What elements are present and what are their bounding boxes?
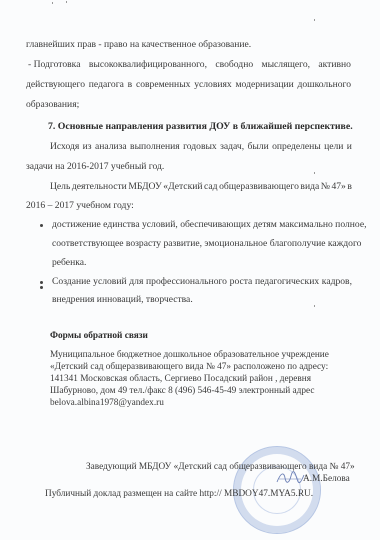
- word: педагога: [89, 79, 124, 91]
- word: Цель: [50, 181, 70, 193]
- intro-para2-line1: - Подготовка высококвалифицированного, с…: [28, 59, 351, 71]
- word: цели: [324, 141, 343, 153]
- intro-line: главнейших прав - право на качественное …: [26, 39, 251, 51]
- word: общеразвивающего: [219, 181, 299, 193]
- intro-para2-line2: действующего педагога в современных усло…: [26, 79, 351, 91]
- bullet-2-line-1: Создание условий для профессионального р…: [52, 276, 352, 288]
- section-para1-line1: Исходя из анализа выполнения годовых зад…: [50, 141, 352, 153]
- word: вида: [300, 181, 319, 193]
- feedback-line: 141341 Московская область, Сергиево Поса…: [50, 373, 311, 385]
- word: действующего: [26, 79, 85, 91]
- word: анализа: [95, 141, 127, 153]
- word: в: [347, 181, 352, 193]
- bullet-1-line-2: соответствующее возрасту развитие, эмоци…: [52, 238, 352, 250]
- word: сад: [204, 181, 218, 193]
- word: высококвалифицированного,: [89, 59, 207, 71]
- bullet-2-line-2: внедрения инноваций, творчества.: [52, 294, 193, 306]
- scan-speck: [52, 2, 53, 4]
- feedback-email: belova.albina1978@yandex.ru: [50, 397, 164, 409]
- word: Исходя: [50, 141, 79, 153]
- publication-note: Публичный доклад размещен на сайте http:…: [45, 488, 313, 500]
- word: современных: [136, 79, 190, 91]
- scan-speck: [314, 172, 315, 174]
- word: дошкольного: [298, 79, 352, 91]
- word: в: [128, 79, 133, 91]
- section-para2-line2: 2016 – 2017 учебном году:: [26, 200, 134, 212]
- word: были: [247, 141, 268, 153]
- scan-speck: [314, 19, 315, 21]
- section-heading: 7. Основные направления развития ДОУ в б…: [48, 121, 353, 133]
- word: деятельности: [72, 181, 127, 193]
- word: определены: [272, 141, 321, 153]
- intro-para2-line3: образования;: [26, 99, 79, 111]
- word: МБДОУ: [128, 181, 161, 193]
- word: из: [83, 141, 92, 153]
- feedback-line: Шабурново, дом 49 тел./факс 8 (496) 546-…: [50, 385, 315, 397]
- feedback-line: Муниципальное бюджетное дошкольное образ…: [50, 349, 329, 361]
- section-para1-line2: задачи на 2016-2017 учебный год.: [26, 161, 164, 173]
- bullet-icon: [40, 224, 43, 227]
- signatory-name: А.М.Белова: [303, 473, 350, 485]
- word: и: [347, 141, 352, 153]
- word: модернизации: [235, 79, 293, 91]
- bullet-icon: [40, 281, 43, 284]
- word: - Подготовка: [28, 59, 80, 71]
- word: задач,: [220, 141, 244, 153]
- word: выполнения: [130, 141, 180, 153]
- word: №: [321, 181, 330, 193]
- word: годовых: [183, 141, 217, 153]
- word: активно: [318, 59, 351, 71]
- bullet-icon: [40, 286, 43, 289]
- signatory-position: Заведующий МБДОУ «Детский сад общеразвив…: [86, 461, 355, 473]
- word: мыслящего,: [262, 59, 311, 71]
- word: условиях: [194, 79, 232, 91]
- scan-speck: [66, 1, 67, 3]
- word: свободно: [215, 59, 253, 71]
- bullet-1-line-1: достижение единства условий, обеспечиваю…: [52, 219, 352, 231]
- section-para2-line1: Цель деятельности МБДОУ «Детский сад общ…: [50, 181, 352, 193]
- bullet-1-line-3: ребенка.: [52, 257, 86, 269]
- word: 47»: [331, 181, 345, 193]
- document-page: главнейших прав - право на качественное …: [0, 0, 380, 540]
- scan-speck: [314, 305, 315, 307]
- word: «Детский: [163, 181, 202, 193]
- feedback-line: «Детский сад общеразвивающего вида № 47»…: [50, 361, 328, 373]
- feedback-heading: Формы обратной связи: [50, 330, 148, 342]
